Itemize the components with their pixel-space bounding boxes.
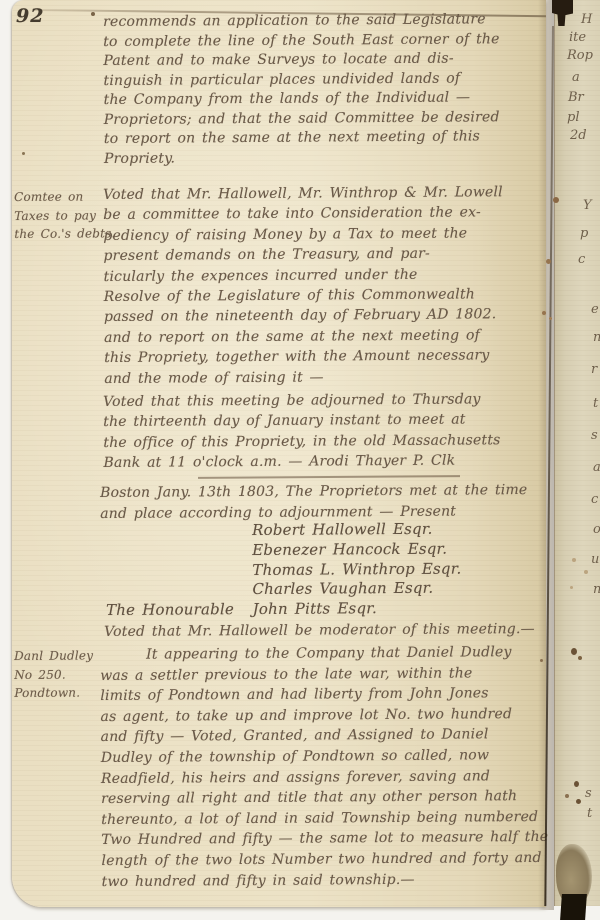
page-number: 92 bbox=[16, 5, 44, 27]
honourable-prefix: The Honourable bbox=[106, 600, 234, 619]
manuscript-line: Dudley of the township of Pondtown so ca… bbox=[101, 745, 548, 769]
manuscript-line: two hundred and fifty in said township.— bbox=[102, 868, 549, 892]
foxing-spot bbox=[572, 558, 576, 562]
edge-text-fragment: n bbox=[593, 330, 600, 345]
manuscript-line: present demands on the Treasury, and par… bbox=[103, 243, 503, 266]
edge-text-fragment: 2d bbox=[570, 128, 587, 143]
manuscript-line: Voted that this meeting be adjourned to … bbox=[103, 389, 500, 412]
foxing-spot bbox=[546, 259, 551, 264]
manuscript-line: limits of Pondtown and had liberty from … bbox=[100, 683, 547, 707]
manuscript-line: Patent and to make Surveys to locate and… bbox=[103, 49, 500, 71]
foxing-spot bbox=[540, 659, 543, 662]
edge-text-fragment: c bbox=[578, 252, 585, 267]
edge-text-fragment: r bbox=[591, 362, 597, 377]
manuscript-line: to report on the same at the next meetin… bbox=[104, 127, 501, 149]
foxing-spot bbox=[91, 12, 95, 16]
edge-text-fragment: Br bbox=[568, 90, 584, 105]
manuscript-line: this Propriety, together with the Amount… bbox=[104, 345, 504, 368]
edge-text-fragment: c bbox=[591, 492, 598, 507]
foxing-spot bbox=[578, 656, 582, 660]
foxing-spot bbox=[553, 197, 559, 203]
edge-text-fragment: s bbox=[591, 428, 598, 443]
edge-text-fragment: H bbox=[581, 12, 592, 27]
manuscript-line: reserving all right and title that any o… bbox=[101, 786, 548, 810]
edge-text-fragment: Rop bbox=[567, 48, 593, 63]
margin-note-dudley-lot: Danl Dudley No 250. Pondtown. bbox=[14, 646, 109, 702]
foxing-spot bbox=[549, 317, 552, 320]
edge-text-fragment: t bbox=[587, 806, 592, 821]
entry-paragraph-2: Voted that Mr. Hallowell, Mr. Winthrop &… bbox=[103, 182, 504, 389]
manuscript-line: Resolve of the Legislature of this Commo… bbox=[104, 284, 504, 307]
manuscript-line: be a committee to take into Consideratio… bbox=[103, 203, 503, 226]
edge-text-fragment: Y bbox=[583, 198, 592, 213]
foxing-spot bbox=[574, 781, 579, 787]
attendee-list: Robert Hallowell Esqr. Ebenezer Hancock … bbox=[252, 520, 462, 620]
manuscript-line: pediency of raising Money by a Tax to me… bbox=[103, 223, 503, 246]
manuscript-line: the thirteenth day of January instant to… bbox=[103, 410, 500, 433]
manuscript-line: the Company from the lands of the Indivi… bbox=[104, 88, 501, 110]
foxing-spot bbox=[22, 152, 25, 155]
attendee-name: Charles Vaughan Esqr. bbox=[252, 579, 461, 600]
margin-note-line: Taxes to pay bbox=[14, 206, 109, 225]
manuscript-line: Voted that Mr. Hallowell, Mr. Winthrop &… bbox=[103, 182, 503, 205]
manuscript-line: the office of this Propriety, in the old… bbox=[103, 430, 500, 453]
manuscript-line: It appearing to the Company that Daniel … bbox=[100, 642, 547, 666]
foxing-spot bbox=[565, 794, 569, 798]
margin-note-line: Pondtown. bbox=[14, 683, 109, 702]
manuscript-line: length of the two lots Number two hundre… bbox=[101, 848, 548, 872]
margin-note-line: Danl Dudley bbox=[14, 646, 109, 665]
margin-note-committee-taxes: Comtee on Taxes to pay the Co.'s debts. bbox=[14, 187, 109, 243]
edge-text-fragment: p bbox=[580, 226, 588, 241]
binding-spine-bottom bbox=[560, 894, 587, 920]
manuscript-line: passed on the nineteenth day of February… bbox=[104, 305, 504, 328]
manuscript-line: and to report on the same at the next me… bbox=[104, 325, 504, 348]
edge-text-fragment: e bbox=[591, 302, 599, 317]
attendee-name: Robert Hallowell Esqr. bbox=[252, 520, 461, 541]
attendee-name: Thomas L. Winthrop Esqr. bbox=[252, 559, 461, 580]
scanned-manuscript-image: 92 recommends an application to the said… bbox=[0, 0, 600, 920]
edge-text-fragment: ite bbox=[569, 30, 586, 45]
foxing-spot bbox=[542, 311, 546, 315]
foxing-spot bbox=[584, 570, 588, 574]
meeting-header: Boston Jany. 13th 1803, The Proprietors … bbox=[100, 480, 528, 524]
manuscript-line: Boston Jany. 13th 1803, The Proprietors … bbox=[100, 480, 527, 503]
attendee-name: John Pitts Esqr. bbox=[253, 599, 462, 620]
edge-text-fragment: pl bbox=[567, 110, 579, 125]
edge-text-fragment: o bbox=[593, 522, 600, 537]
attendee-name: Ebenezer Hancock Esqr. bbox=[252, 539, 461, 560]
foxing-spot bbox=[576, 799, 581, 804]
edge-text-fragment: s bbox=[585, 786, 592, 801]
edge-text-fragment: a bbox=[593, 460, 600, 475]
manuscript-line: and the mode of raising it — bbox=[104, 366, 504, 389]
margin-note-line: the Co.'s debts. bbox=[14, 224, 109, 243]
margin-note-line: No 250. bbox=[14, 665, 109, 684]
manuscript-line: recommends an application to the said Le… bbox=[103, 10, 500, 32]
edge-text-fragment: a bbox=[572, 70, 580, 85]
facing-page-edge: H ite Rop a Br pl 2d Y p c e n r t s a c… bbox=[554, 0, 600, 906]
manuscript-line: Propriety. bbox=[104, 147, 501, 169]
edge-text-fragment: u bbox=[591, 552, 599, 567]
manuscript-line: ticularly the expences incurred under th… bbox=[104, 264, 504, 287]
entry-paragraph-dudley-grant: It appearing to the Company that Daniel … bbox=[100, 642, 549, 892]
entry-paragraph-3: Voted that this meeting be adjourned to … bbox=[103, 389, 501, 473]
moderator-line: Voted that Mr. Hallowell be moderator of… bbox=[104, 621, 535, 640]
edge-text-fragment: n bbox=[593, 582, 600, 597]
foxing-spot bbox=[570, 586, 573, 589]
margin-note-line: Comtee on bbox=[14, 187, 109, 206]
manuscript-line: Bank at 11 o'clock a.m. — Arodi Thayer P… bbox=[103, 450, 500, 473]
entry-paragraph-1: recommends an application to the said Le… bbox=[103, 10, 501, 169]
foxing-spot bbox=[571, 648, 577, 655]
edge-text-fragment: t bbox=[593, 396, 598, 411]
